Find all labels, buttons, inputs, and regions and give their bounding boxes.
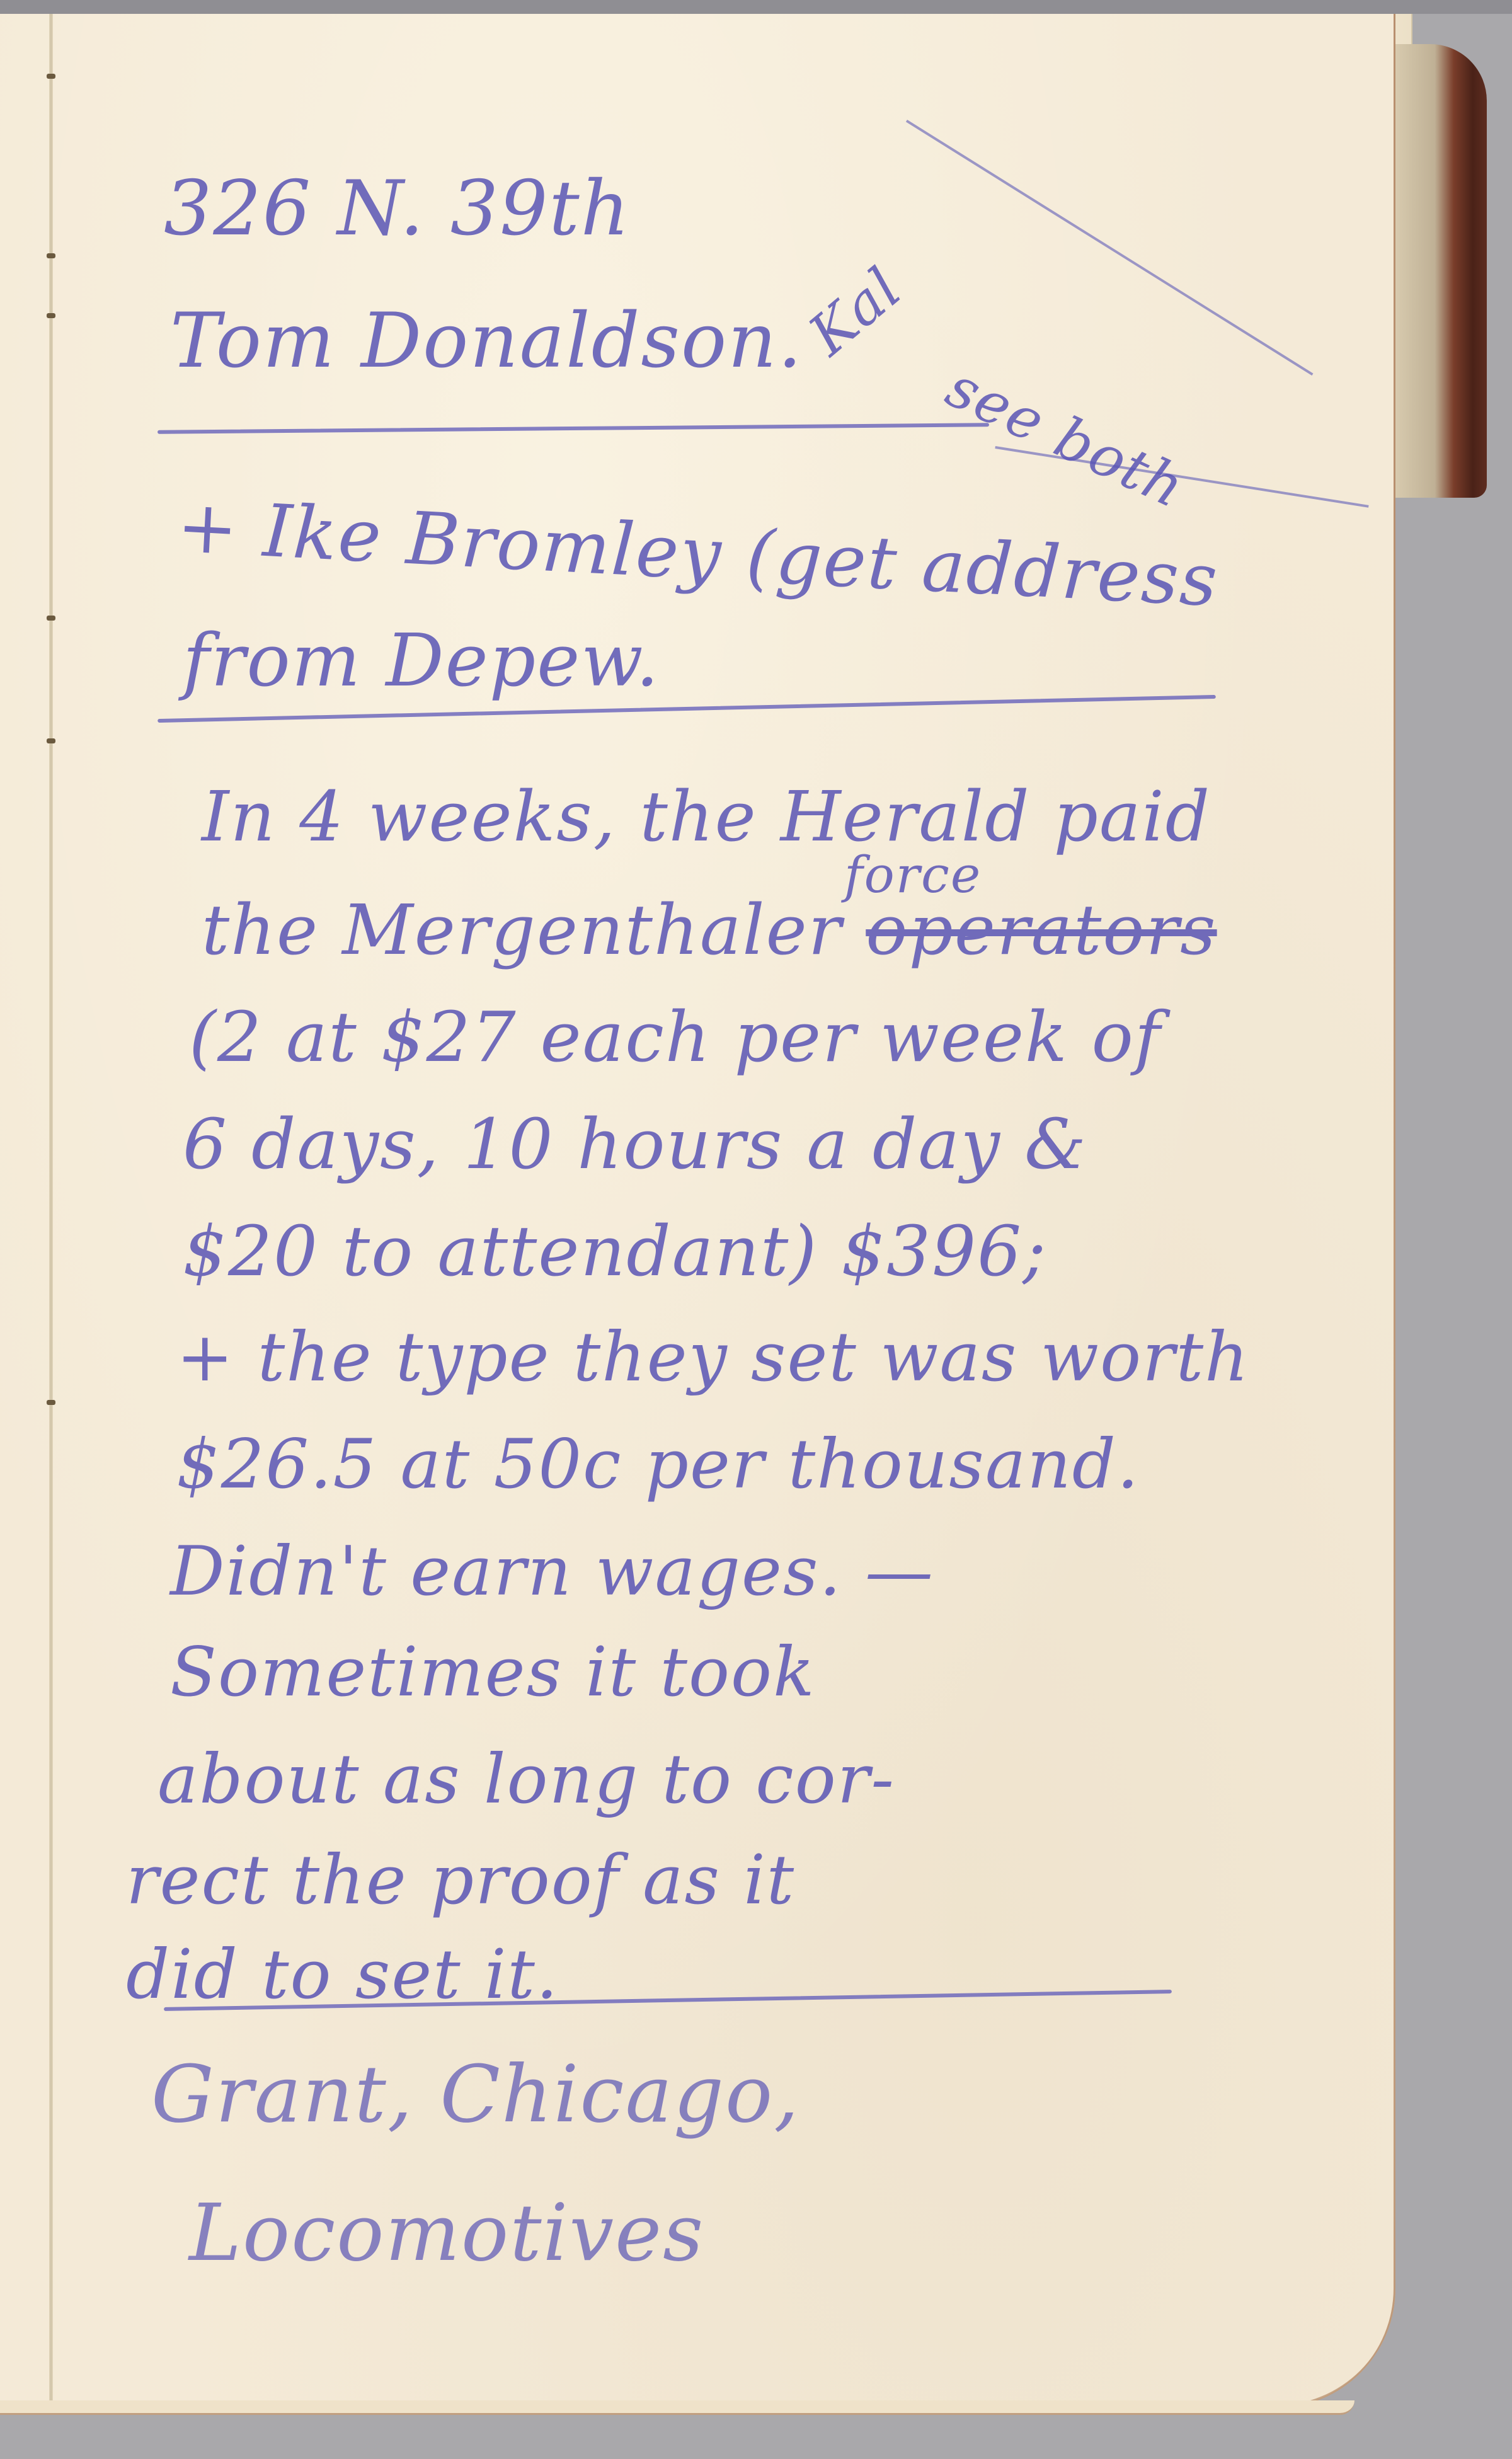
binding-stitch bbox=[47, 616, 55, 621]
page-stack-edge bbox=[0, 2400, 1354, 2415]
herald-line-8: Didn't earn wages. — bbox=[170, 1532, 934, 1611]
grant-line-2: Locomotives bbox=[189, 2187, 704, 2279]
margin-note-see-both: see both bbox=[937, 354, 1195, 522]
binding-stitch bbox=[47, 1400, 55, 1405]
notebook-page: 326 N. 39th Kal Tom Donaldson. see both … bbox=[0, 14, 1395, 2408]
herald-line-2-struck: operators bbox=[866, 890, 1217, 970]
herald-line-2-main: the Mergenthaler bbox=[202, 890, 842, 970]
herald-line-1: In 4 weeks, the Herald paid bbox=[202, 776, 1211, 857]
bromley-line-2: from Depew. bbox=[183, 619, 660, 703]
background-strip bbox=[0, 0, 1512, 14]
grant-line-1: Grant, Chicago, bbox=[151, 2049, 800, 2140]
herald-line-10: about as long to cor- bbox=[157, 1740, 895, 1819]
herald-line-11: rect the proof as it bbox=[126, 1841, 795, 1920]
divider-rule bbox=[157, 423, 989, 434]
margin-note-kal: Kal bbox=[796, 255, 914, 369]
address-line: 326 N. 39th bbox=[164, 165, 631, 253]
name-tom-donaldson: Tom Donaldson. bbox=[170, 297, 803, 385]
book-cover-edge bbox=[1392, 44, 1487, 498]
herald-line-4: 6 days, 10 hours a day & bbox=[183, 1104, 1087, 1184]
herald-line-9: Sometimes it took bbox=[170, 1633, 816, 1712]
binding-stitch bbox=[47, 74, 55, 79]
binding-stitch bbox=[47, 738, 55, 743]
binding-stitch bbox=[47, 313, 55, 318]
herald-line-2: the Mergenthaler operators bbox=[202, 890, 1217, 970]
binding-stitch bbox=[47, 253, 55, 258]
herald-line-7: $26.5 at 50c per thousand. bbox=[176, 1425, 1140, 1504]
herald-line-6: + the type they set was worth bbox=[176, 1318, 1250, 1397]
herald-line-3: (2 at $27 each per week of bbox=[189, 997, 1162, 1077]
bromley-line-1: + Ike Bromley (get address bbox=[175, 484, 1221, 623]
pencil-diagonal-line bbox=[906, 120, 1314, 375]
herald-line-5: $20 to attendant) $396; bbox=[183, 1211, 1047, 1292]
page-gutter bbox=[49, 14, 53, 2408]
